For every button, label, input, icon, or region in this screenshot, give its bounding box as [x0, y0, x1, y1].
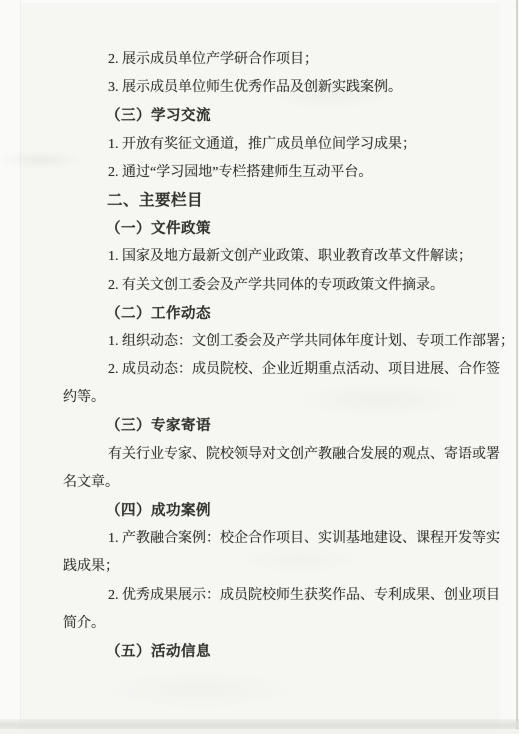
- wrapped-line: 简介。: [63, 610, 493, 638]
- wrapped-line: 践成果；: [63, 553, 493, 581]
- document-text-block: 2. 展示成员单位产学研合作项目； 3. 展示成员单位师生优秀作品及创新实践案例…: [63, 46, 493, 666]
- page-right-margin: [500, 0, 516, 734]
- page-right-edge-line: [516, 0, 518, 734]
- scanned-document-page: 2. 展示成员单位产学研合作项目； 3. 展示成员单位师生优秀作品及创新实践案例…: [0, 0, 519, 734]
- list-item-line: 2. 有关文创工委会及产学共同体的专项政策文件摘录。: [63, 272, 493, 300]
- page-top-edge: [0, 0, 519, 3]
- subsection-heading: （二）工作动态: [63, 300, 493, 328]
- list-item-line: 2. 优秀成果展示：成员院校师生获奖作品、专利成果、创业项目: [63, 582, 493, 610]
- page-bottom-background: [0, 729, 519, 734]
- list-item-line: 1. 组织动态：文创工委会及产学共同体年度计划、专项工作部署；: [63, 328, 493, 356]
- list-item-line: 2. 通过“学习园地”专栏搭建师生互动平台。: [63, 159, 493, 187]
- list-item-line: 1. 开放有奖征文通道，推广成员单位间学习成果；: [63, 131, 493, 159]
- list-item-line: 3. 展示成员单位师生优秀作品及创新实践案例。: [63, 74, 493, 102]
- wrapped-line: 约等。: [63, 384, 493, 412]
- list-item-line: 2. 成员动态：成员院校、企业近期重点活动、项目进展、合作签: [63, 356, 493, 384]
- list-item-line: 1. 国家及地方最新文创产业政策、职业教育改革文件解读；: [63, 243, 493, 271]
- subsection-heading: （三）专家寄语: [63, 412, 493, 440]
- paragraph-line: 有关行业专家、院校领导对文创产教融合发展的观点、寄语或署: [63, 441, 493, 469]
- wrapped-line: 名文章。: [63, 469, 493, 497]
- subsection-heading: （四）成功案例: [63, 497, 493, 525]
- subsection-heading: （一）文件政策: [63, 215, 493, 243]
- page-left-edge: [0, 0, 21, 734]
- subsection-heading: （五）活动信息: [63, 638, 493, 666]
- section-heading: 二、主要栏目: [63, 187, 493, 215]
- subsection-heading: （三）学习交流: [63, 102, 493, 130]
- list-item-line: 2. 展示成员单位产学研合作项目；: [63, 46, 493, 74]
- list-item-line: 1. 产教融合案例：校企合作项目、实训基地建设、课程开发等实: [63, 525, 493, 553]
- page-bottom-shadow: [0, 719, 519, 729]
